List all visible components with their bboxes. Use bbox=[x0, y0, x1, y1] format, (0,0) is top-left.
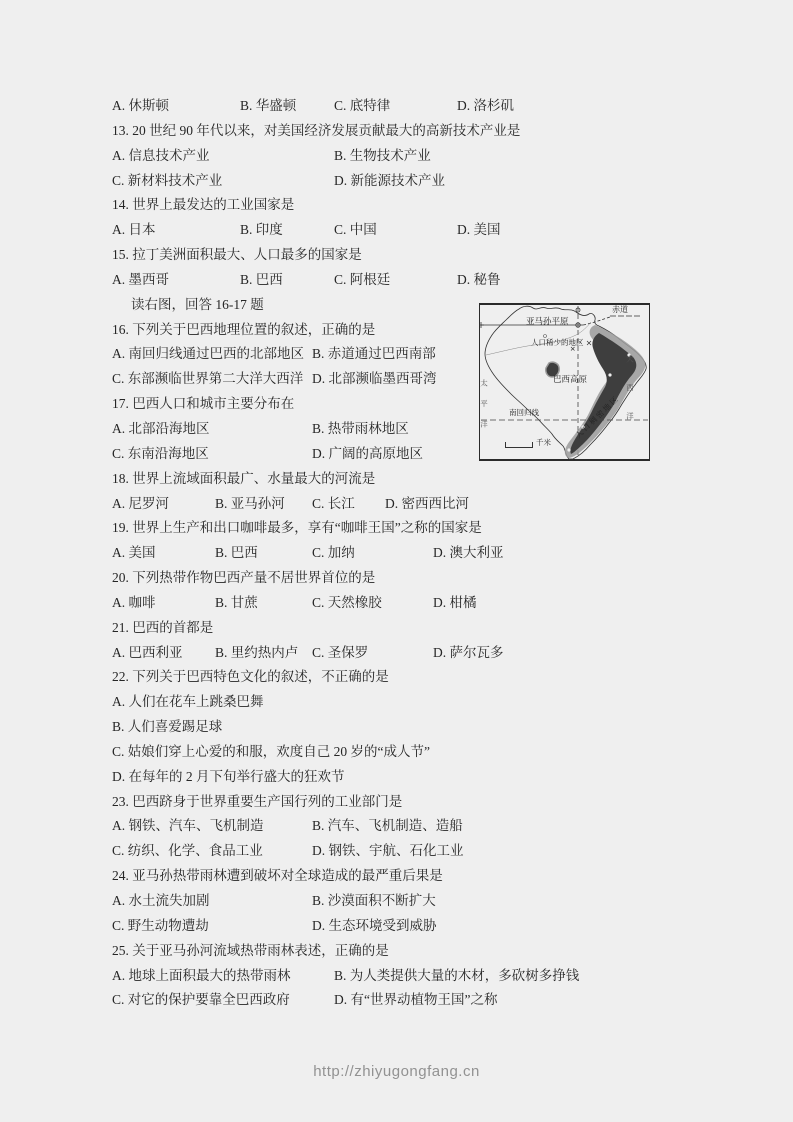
option-d: D. 柑橘 bbox=[433, 591, 477, 616]
option-c: C. 加纳 bbox=[312, 541, 355, 566]
option-d: D. 秘鲁 bbox=[457, 268, 501, 293]
question-stem-text: 25. 关于亚马孙河流域热带雨林表述，正确的是 bbox=[112, 939, 389, 964]
option-c: C. 姑娘们穿上心爱的和服，欢度自己 20 岁的“成人节” bbox=[112, 740, 430, 765]
tropic-of-capricorn-label: 南回归线 bbox=[509, 409, 539, 417]
option-c: C. 圣保罗 bbox=[312, 641, 368, 666]
option-a: A. 尼罗河 bbox=[112, 492, 169, 517]
options-row-q12: A. 休斯顿B. 华盛顿C. 底特律D. 洛杉矶 bbox=[112, 94, 712, 119]
options-row-q23-ab: A. 钢铁、汽车、飞机制造B. 汽车、飞机制造、造船 bbox=[112, 814, 712, 839]
options-row-q18: A. 尼罗河B. 亚马孙河C. 长江D. 密西西比河 bbox=[112, 492, 712, 517]
options-row-q25-ab: A. 地球上面积最大的热带雨林B. 为人类提供大量的木材，多砍树多挣钱 bbox=[112, 964, 712, 989]
equator-label: 赤道 bbox=[612, 306, 628, 314]
question-text-block: A. 休斯顿B. 华盛顿C. 底特律D. 洛杉矶 13. 20 世纪 90 年代… bbox=[112, 94, 712, 1013]
question-25-stem: 25. 关于亚马孙河流域热带雨林表述，正确的是 bbox=[112, 939, 712, 964]
question-21-stem: 21. 巴西的首都是 bbox=[112, 616, 712, 641]
option-a: A. 休斯顿 bbox=[112, 94, 169, 119]
options-row-q20: A. 咖啡B. 甘蔗C. 天然橡胶D. 柑橘 bbox=[112, 591, 712, 616]
option-d: D. 北部濒临墨西哥湾 bbox=[312, 367, 437, 392]
option-a: A. 墨西哥 bbox=[112, 268, 169, 293]
option-c: C. 对它的保护要靠全巴西政府 bbox=[112, 988, 290, 1013]
option-a: A. 信息技术产业 bbox=[112, 144, 210, 169]
options-row-q13-ab: A. 信息技术产业B. 生物技术产业 bbox=[112, 144, 712, 169]
option-a: A. 地球上面积最大的热带雨林 bbox=[112, 964, 291, 989]
option-c: C. 新材料技术产业 bbox=[112, 169, 222, 194]
option-a: A. 咖啡 bbox=[112, 591, 156, 616]
option-a: A. 美国 bbox=[112, 541, 156, 566]
option-d: D. 广阔的高原地区 bbox=[312, 442, 423, 467]
option-b: B. 亚马孙河 bbox=[215, 492, 285, 517]
question-18-stem: 18. 世界上流域面积最广、水量最大的河流是 bbox=[112, 467, 712, 492]
brazil-plateau-label: 巴西高原 bbox=[553, 375, 587, 384]
option-b: B. 人们喜爱踢足球 bbox=[112, 715, 222, 740]
option-d: D. 美国 bbox=[457, 218, 501, 243]
options-row-q19: A. 美国B. 巴西C. 加纳D. 澳大利亚 bbox=[112, 541, 712, 566]
options-row-q21: A. 巴西利亚B. 里约热内卢C. 圣保罗D. 萨尔瓦多 bbox=[112, 641, 712, 666]
question-stem-text: 15. 拉丁美洲面积最大、人口最多的国家是 bbox=[112, 243, 362, 268]
option-c: C. 阿根廷 bbox=[334, 268, 390, 293]
question-stem-text: 24. 亚马孙热带雨林遭到破坏对全球造成的最严重后果是 bbox=[112, 864, 443, 889]
option-d: D. 生态环境受到威胁 bbox=[312, 914, 437, 939]
option-a: A. 日本 bbox=[112, 218, 156, 243]
option-a: A. 北部沿海地区 bbox=[112, 417, 210, 442]
question-15-stem: 15. 拉丁美洲面积最大、人口最多的国家是 bbox=[112, 243, 712, 268]
question-22-stem: 22. 下列关于巴西特色文化的叙述，不正确的是 bbox=[112, 665, 712, 690]
option-b: B. 沙漠面积不断扩大 bbox=[312, 889, 436, 914]
test-paper-page: A. 休斯顿B. 华盛顿C. 底特律D. 洛杉矶 13. 20 世纪 90 年代… bbox=[0, 0, 793, 1122]
option-d: D. 在每年的 2 月下旬举行盛大的狂欢节 bbox=[112, 765, 345, 790]
option-b: B. 甘蔗 bbox=[215, 591, 258, 616]
option-d: D. 钢铁、宇航、石化工业 bbox=[312, 839, 464, 864]
question-20-stem: 20. 下列热带作物巴西产量不居世界首位的是 bbox=[112, 566, 712, 591]
option-c: C. 天然橡胶 bbox=[312, 591, 382, 616]
option-c: C. 野生动物遭劫 bbox=[112, 914, 209, 939]
option-c: C. 东南沿海地区 bbox=[112, 442, 209, 467]
note-text: 读右图，回答 16-17 题 bbox=[131, 293, 264, 318]
option-b: B. 为人类提供大量的木材，多砍树多挣钱 bbox=[334, 964, 579, 989]
options-row-q25-cd: C. 对它的保护要靠全巴西政府D. 有“世界动植物王国”之称 bbox=[112, 988, 712, 1013]
option-c: C. 长江 bbox=[312, 492, 355, 517]
question-14-stem: 14. 世界上最发达的工业国家是 bbox=[112, 193, 712, 218]
option-d: D. 密西西比河 bbox=[385, 492, 469, 517]
option-d: D. 洛杉矶 bbox=[457, 94, 514, 119]
option-d: D. 澳大利亚 bbox=[433, 541, 504, 566]
option-c: C. 底特律 bbox=[334, 94, 390, 119]
option-b: B. 印度 bbox=[240, 218, 283, 243]
question-stem-text: 14. 世界上最发达的工业国家是 bbox=[112, 193, 294, 218]
options-row-q15: A. 墨西哥B. 巴西C. 阿根廷D. 秘鲁 bbox=[112, 268, 712, 293]
option-a: A. 水土流失加剧 bbox=[112, 889, 210, 914]
question-stem-text: 23. 巴西跻身于世界重要生产国行列的工业部门是 bbox=[112, 790, 402, 815]
question-19-stem: 19. 世界上生产和出口咖啡最多，享有“咖啡王国”之称的国家是 bbox=[112, 516, 712, 541]
scale-bar bbox=[505, 442, 533, 448]
option-d: D. 萨尔瓦多 bbox=[433, 641, 504, 666]
option-c: C. 纺织、化学、食品工业 bbox=[112, 839, 263, 864]
options-row-q23-cd: C. 纺织、化学、食品工业D. 钢铁、宇航、石化工业 bbox=[112, 839, 712, 864]
option-a: A. 人们在花车上跳桑巴舞 bbox=[112, 690, 264, 715]
question-stem-text: 22. 下列关于巴西特色文化的叙述，不正确的是 bbox=[112, 665, 389, 690]
option-c-line-q22: C. 姑娘们穿上心爱的和服，欢度自己 20 岁的“成人节” bbox=[112, 740, 712, 765]
ocean-label-right: 大西洋 bbox=[626, 355, 634, 445]
option-a: A. 巴西利亚 bbox=[112, 641, 183, 666]
question-23-stem: 23. 巴西跻身于世界重要生产国行列的工业部门是 bbox=[112, 790, 712, 815]
question-stem-text: 13. 20 世纪 90 年代以来，对美国经济发展贡献最大的高新技术产业是 bbox=[112, 119, 520, 144]
brazil-population-map: 赤道 亚马孙平原 人口稀少的地区 巴西高原 南回归线 人口稠密地区 太平洋 大西… bbox=[479, 303, 650, 461]
sparse-population-label: 人口稀少的地区 bbox=[531, 339, 584, 347]
option-b: B. 巴西 bbox=[215, 541, 258, 566]
ocean-label-left: 太平洋 bbox=[480, 379, 488, 441]
option-b: B. 赤道通过巴西南部 bbox=[312, 342, 436, 367]
question-stem-text: 20. 下列热带作物巴西产量不居世界首位的是 bbox=[112, 566, 375, 591]
question-stem-text: 21. 巴西的首都是 bbox=[112, 616, 213, 641]
option-d: D. 新能源技术产业 bbox=[334, 169, 445, 194]
question-stem-text: 18. 世界上流域面积最广、水量最大的河流是 bbox=[112, 467, 375, 492]
question-stem-text: 17. 巴西人口和城市主要分布在 bbox=[112, 392, 294, 417]
options-row-q13-cd: C. 新材料技术产业D. 新能源技术产业 bbox=[112, 169, 712, 194]
watermark-url: http://zhiyugongfang.cn bbox=[0, 1063, 793, 1080]
option-a: A. 南回归线通过巴西的北部地区 bbox=[112, 342, 304, 367]
option-c: C. 中国 bbox=[334, 218, 377, 243]
option-a: A. 钢铁、汽车、飞机制造 bbox=[112, 814, 264, 839]
option-b: B. 巴西 bbox=[240, 268, 283, 293]
option-b: B. 里约热内卢 bbox=[215, 641, 298, 666]
question-stem-text: 16. 下列关于巴西地理位置的叙述，正确的是 bbox=[112, 318, 375, 343]
question-stem-text: 19. 世界上生产和出口咖啡最多，享有“咖啡王国”之称的国家是 bbox=[112, 516, 482, 541]
question-13-stem: 13. 20 世纪 90 年代以来，对美国经济发展贡献最大的高新技术产业是 bbox=[112, 119, 712, 144]
amazon-plain-label: 亚马孙平原 bbox=[526, 317, 569, 326]
option-a-line-q22: A. 人们在花车上跳桑巴舞 bbox=[112, 690, 712, 715]
option-b: B. 汽车、飞机制造、造船 bbox=[312, 814, 463, 839]
options-row-q14: A. 日本B. 印度C. 中国D. 美国 bbox=[112, 218, 712, 243]
options-row-q24-ab: A. 水土流失加剧B. 沙漠面积不断扩大 bbox=[112, 889, 712, 914]
option-c: C. 东部濒临世界第二大洋大西洋 bbox=[112, 367, 303, 392]
option-b: B. 热带雨林地区 bbox=[312, 417, 409, 442]
options-row-q24-cd: C. 野生动物遭劫D. 生态环境受到威胁 bbox=[112, 914, 712, 939]
option-b: B. 生物技术产业 bbox=[334, 144, 431, 169]
option-d-line-q22: D. 在每年的 2 月下旬举行盛大的狂欢节 bbox=[112, 765, 712, 790]
question-24-stem: 24. 亚马孙热带雨林遭到破坏对全球造成的最严重后果是 bbox=[112, 864, 712, 889]
option-b-line-q22: B. 人们喜爱踢足球 bbox=[112, 715, 712, 740]
option-d: D. 有“世界动植物王国”之称 bbox=[334, 988, 497, 1013]
scale-unit-label: 千米 bbox=[536, 439, 551, 447]
option-b: B. 华盛顿 bbox=[240, 94, 296, 119]
